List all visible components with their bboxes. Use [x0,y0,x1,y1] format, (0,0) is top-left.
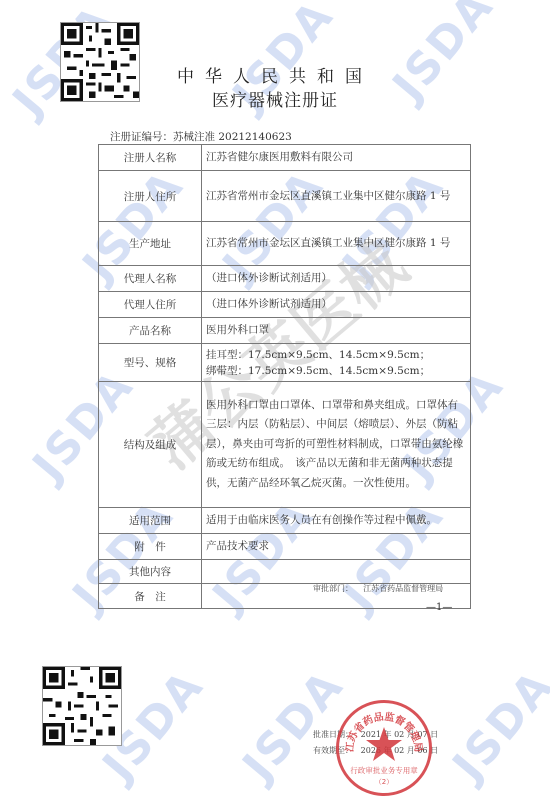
spec-line: 绑带型：17.5cm×9.5cm、14.5cm×9.5cm； [206,363,466,379]
registration-number: 注册证编号：苏械注准 20212140623 [110,129,292,144]
row-value: 适用于由临床医务人员在有创操作等过程中佩戴。 [202,508,471,534]
table-row: 代理人名称 （进口体外诊断试剂适用） [99,266,471,292]
seal-subtext: 行政审批业务专用章 [350,765,418,775]
approval-department: 审批部门： 江苏省药品监督管理局 [313,583,443,594]
table-row: 注册人名称 江苏省健尔康医用敷料有限公司 [99,145,471,171]
row-label: 注册人住所 [99,171,202,222]
page-number: —1— [426,602,452,613]
row-value [202,560,471,584]
certificate-table: 注册人名称 江苏省健尔康医用敷料有限公司 注册人住所 江苏省常州市金坛区直溪镇工… [98,144,471,609]
table-row: 适用范围 适用于由临床医务人员在有创操作等过程中佩戴。 [99,508,471,534]
row-value: 江苏省常州市金坛区直溪镇工业集中区健尔康路 1 号 [202,171,471,222]
row-label: 附 件 [99,534,202,560]
row-value: （进口体外诊断试剂适用） [202,292,471,318]
watermark-jsda: JSDA [443,661,550,791]
title-country: 中华人民共和国 [0,62,550,87]
row-label: 代理人名称 [99,266,202,292]
row-label: 结构及组成 [99,382,202,508]
star-icon [366,727,402,761]
row-value: （进口体外诊断试剂适用） [202,266,471,292]
table-row: 结构及组成 医用外科口罩由口罩体、口罩带和鼻夹组成。口罩体有三层：内层（防粘层）… [99,382,471,508]
table-row: 其他内容 [99,560,471,584]
row-label: 产品名称 [99,318,202,344]
qr-code-bottom [42,666,122,746]
row-label: 其他内容 [99,560,202,584]
registration-number-value: 苏械注准 20212140623 [173,131,292,143]
seal-number: （2） [375,778,393,786]
official-seal: 江苏省药品监督管理局 行政审批业务专用章 （2） [336,700,432,796]
table-row: 生产地址 江苏省常州市金坛区直溪镇工业集中区健尔康路 1 号 [99,222,471,266]
row-value: 医用外科口罩由口罩体、口罩带和鼻夹组成。口罩体有三层：内层（防粘层）、中间层（熔… [202,382,471,508]
row-label: 备 注 [99,584,202,609]
registration-number-label: 注册证编号： [110,131,173,143]
row-label: 注册人名称 [99,145,202,171]
spec-line: 挂耳型：17.5cm×9.5cm、14.5cm×9.5cm； [206,347,466,363]
table-row: 型号、规格 挂耳型：17.5cm×9.5cm、14.5cm×9.5cm； 绑带型… [99,344,471,382]
watermark-jsda: JSDA [233,661,353,791]
table-row: 产品名称 医用外科口罩 [99,318,471,344]
table-row: 注册人住所 江苏省常州市金坛区直溪镇工业集中区健尔康路 1 号 [99,171,471,222]
row-label: 生产地址 [99,222,202,266]
row-value: 医用外科口罩 [202,318,471,344]
row-label: 代理人住所 [99,292,202,318]
table-row: 代理人住所 （进口体外诊断试剂适用） [99,292,471,318]
row-value: 江苏省健尔康医用敷料有限公司 [202,145,471,171]
table-row: 附 件 产品技术要求 [99,534,471,560]
title-certificate: 医疗器械注册证 [0,86,550,111]
row-value: 产品技术要求 [202,534,471,560]
approval-department-value: 江苏省药品监督管理局 [363,584,443,593]
row-label: 型号、规格 [99,344,202,382]
approval-department-label: 审批部门： [313,584,353,593]
row-label: 适用范围 [99,508,202,534]
row-value: 挂耳型：17.5cm×9.5cm、14.5cm×9.5cm； 绑带型：17.5c… [202,344,471,382]
row-value: 江苏省常州市金坛区直溪镇工业集中区健尔康路 1 号 [202,222,471,266]
